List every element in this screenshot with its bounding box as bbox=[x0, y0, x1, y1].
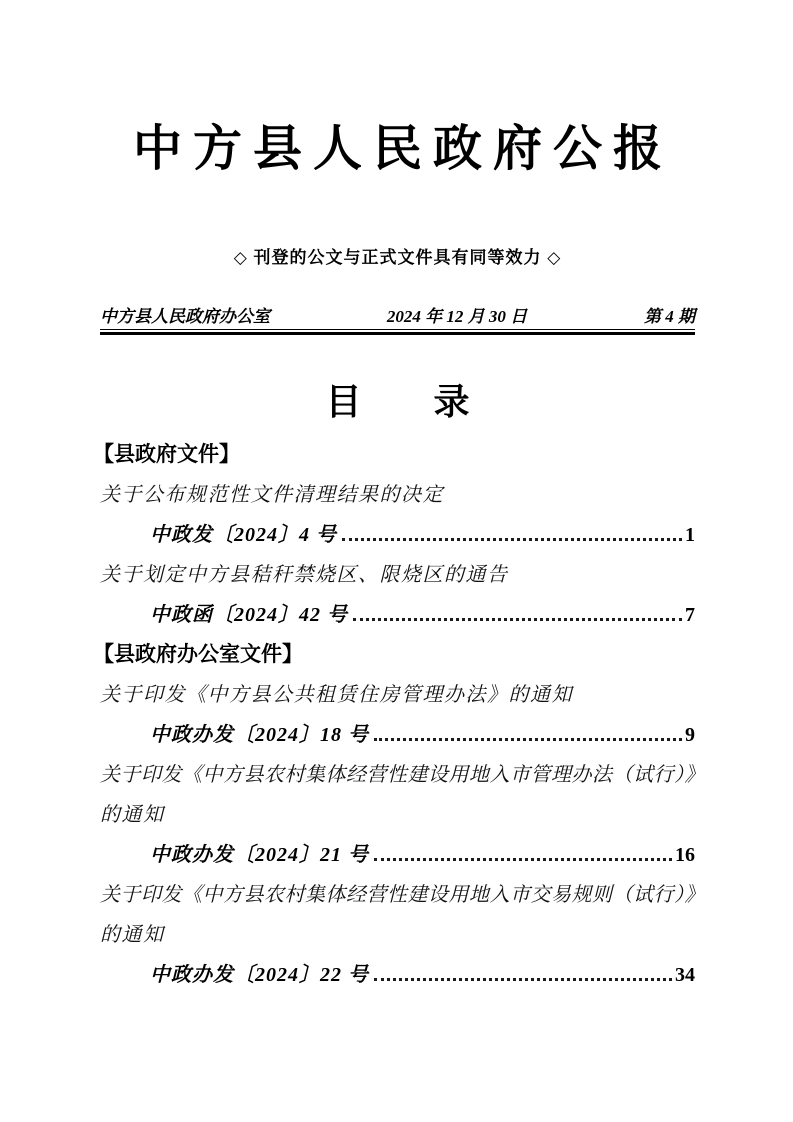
doc-number: 中政办发〔2024〕22 号 bbox=[150, 955, 369, 995]
toc-entry: 关于印发《中方县农村集体经营性建设用地入市管理办法（试行）》 的通知 中政办发〔… bbox=[100, 755, 695, 875]
masthead-publisher: 中方县人民政府办公室 bbox=[100, 305, 270, 329]
toc-entry-doc-line: 中政办发〔2024〕21 号 16 bbox=[100, 835, 695, 875]
toc-entry-doc-line: 中政发〔2024〕4 号 1 bbox=[100, 515, 695, 555]
toc-entry: 关于公布规范性文件清理结果的决定 中政发〔2024〕4 号 1 bbox=[100, 475, 695, 555]
page-title: 中方县人民政府公报 bbox=[100, 120, 695, 179]
toc-entry-title: 关于印发《中方县农村集体经营性建设用地入市交易规则（试行）》 bbox=[100, 875, 695, 915]
dot-leader bbox=[369, 955, 675, 995]
masthead-row: 中方县人民政府办公室 2024 年 12 月 30 日 第 4 期 bbox=[100, 305, 695, 330]
toc-entry-doc-line: 中政办发〔2024〕18 号 9 bbox=[100, 715, 695, 755]
toc-entry-doc-line: 中政办发〔2024〕22 号 34 bbox=[100, 955, 695, 995]
section-heading-county-gov-documents: 【县政府文件】 bbox=[93, 435, 695, 475]
equal-validity-slogan: ◇ 刊登的公文与正式文件具有同等效力 ◇ bbox=[100, 247, 695, 269]
dot-leader bbox=[348, 595, 685, 635]
dot-leader bbox=[337, 515, 685, 555]
page-number: 7 bbox=[685, 595, 695, 635]
section-heading-county-gov-office-documents: 【县政府办公室文件】 bbox=[93, 635, 695, 675]
page-number: 9 bbox=[685, 715, 695, 755]
doc-number: 中政发〔2024〕4 号 bbox=[150, 515, 337, 555]
doc-number: 中政函〔2024〕42 号 bbox=[150, 595, 348, 635]
toc-entry: 关于印发《中方县农村集体经营性建设用地入市交易规则（试行）》 的通知 中政办发〔… bbox=[100, 875, 695, 995]
doc-number: 中政办发〔2024〕18 号 bbox=[150, 715, 369, 755]
toc-entry-title-wrap: 的通知 bbox=[100, 915, 695, 955]
toc-entry-title: 关于印发《中方县公共租赁住房管理办法》的通知 bbox=[100, 675, 695, 715]
toc-entry: 关于印发《中方县公共租赁住房管理办法》的通知 中政办发〔2024〕18 号 9 bbox=[100, 675, 695, 755]
page-number: 1 bbox=[685, 515, 695, 555]
toc-entry-title: 关于公布规范性文件清理结果的决定 bbox=[100, 475, 695, 515]
toc-title: 目 录 bbox=[100, 381, 695, 423]
masthead-issue-number: 第 4 期 bbox=[644, 305, 695, 329]
toc-entry-title: 关于印发《中方县农村集体经营性建设用地入市管理办法（试行）》 bbox=[100, 755, 695, 795]
page-number: 34 bbox=[675, 955, 695, 995]
toc-entry: 关于划定中方县秸秆禁烧区、限烧区的通告 中政函〔2024〕42 号 7 bbox=[100, 555, 695, 635]
dot-leader bbox=[369, 835, 675, 875]
toc-entry-title-wrap: 的通知 bbox=[100, 795, 695, 835]
masthead-rule bbox=[100, 332, 695, 335]
toc-entry-doc-line: 中政函〔2024〕42 号 7 bbox=[100, 595, 695, 635]
doc-number: 中政办发〔2024〕21 号 bbox=[150, 835, 369, 875]
toc-entry-title: 关于划定中方县秸秆禁烧区、限烧区的通告 bbox=[100, 555, 695, 595]
table-of-contents: 【县政府文件】 关于公布规范性文件清理结果的决定 中政发〔2024〕4 号 1 … bbox=[100, 435, 695, 995]
gazette-cover-page: 中方县人民政府公报 ◇ 刊登的公文与正式文件具有同等效力 ◇ 中方县人民政府办公… bbox=[0, 0, 793, 1122]
dot-leader bbox=[369, 715, 685, 755]
page-content: 中方县人民政府公报 ◇ 刊登的公文与正式文件具有同等效力 ◇ 中方县人民政府办公… bbox=[0, 0, 793, 995]
page-number: 16 bbox=[675, 835, 695, 875]
masthead-date: 2024 年 12 月 30 日 bbox=[387, 305, 527, 329]
